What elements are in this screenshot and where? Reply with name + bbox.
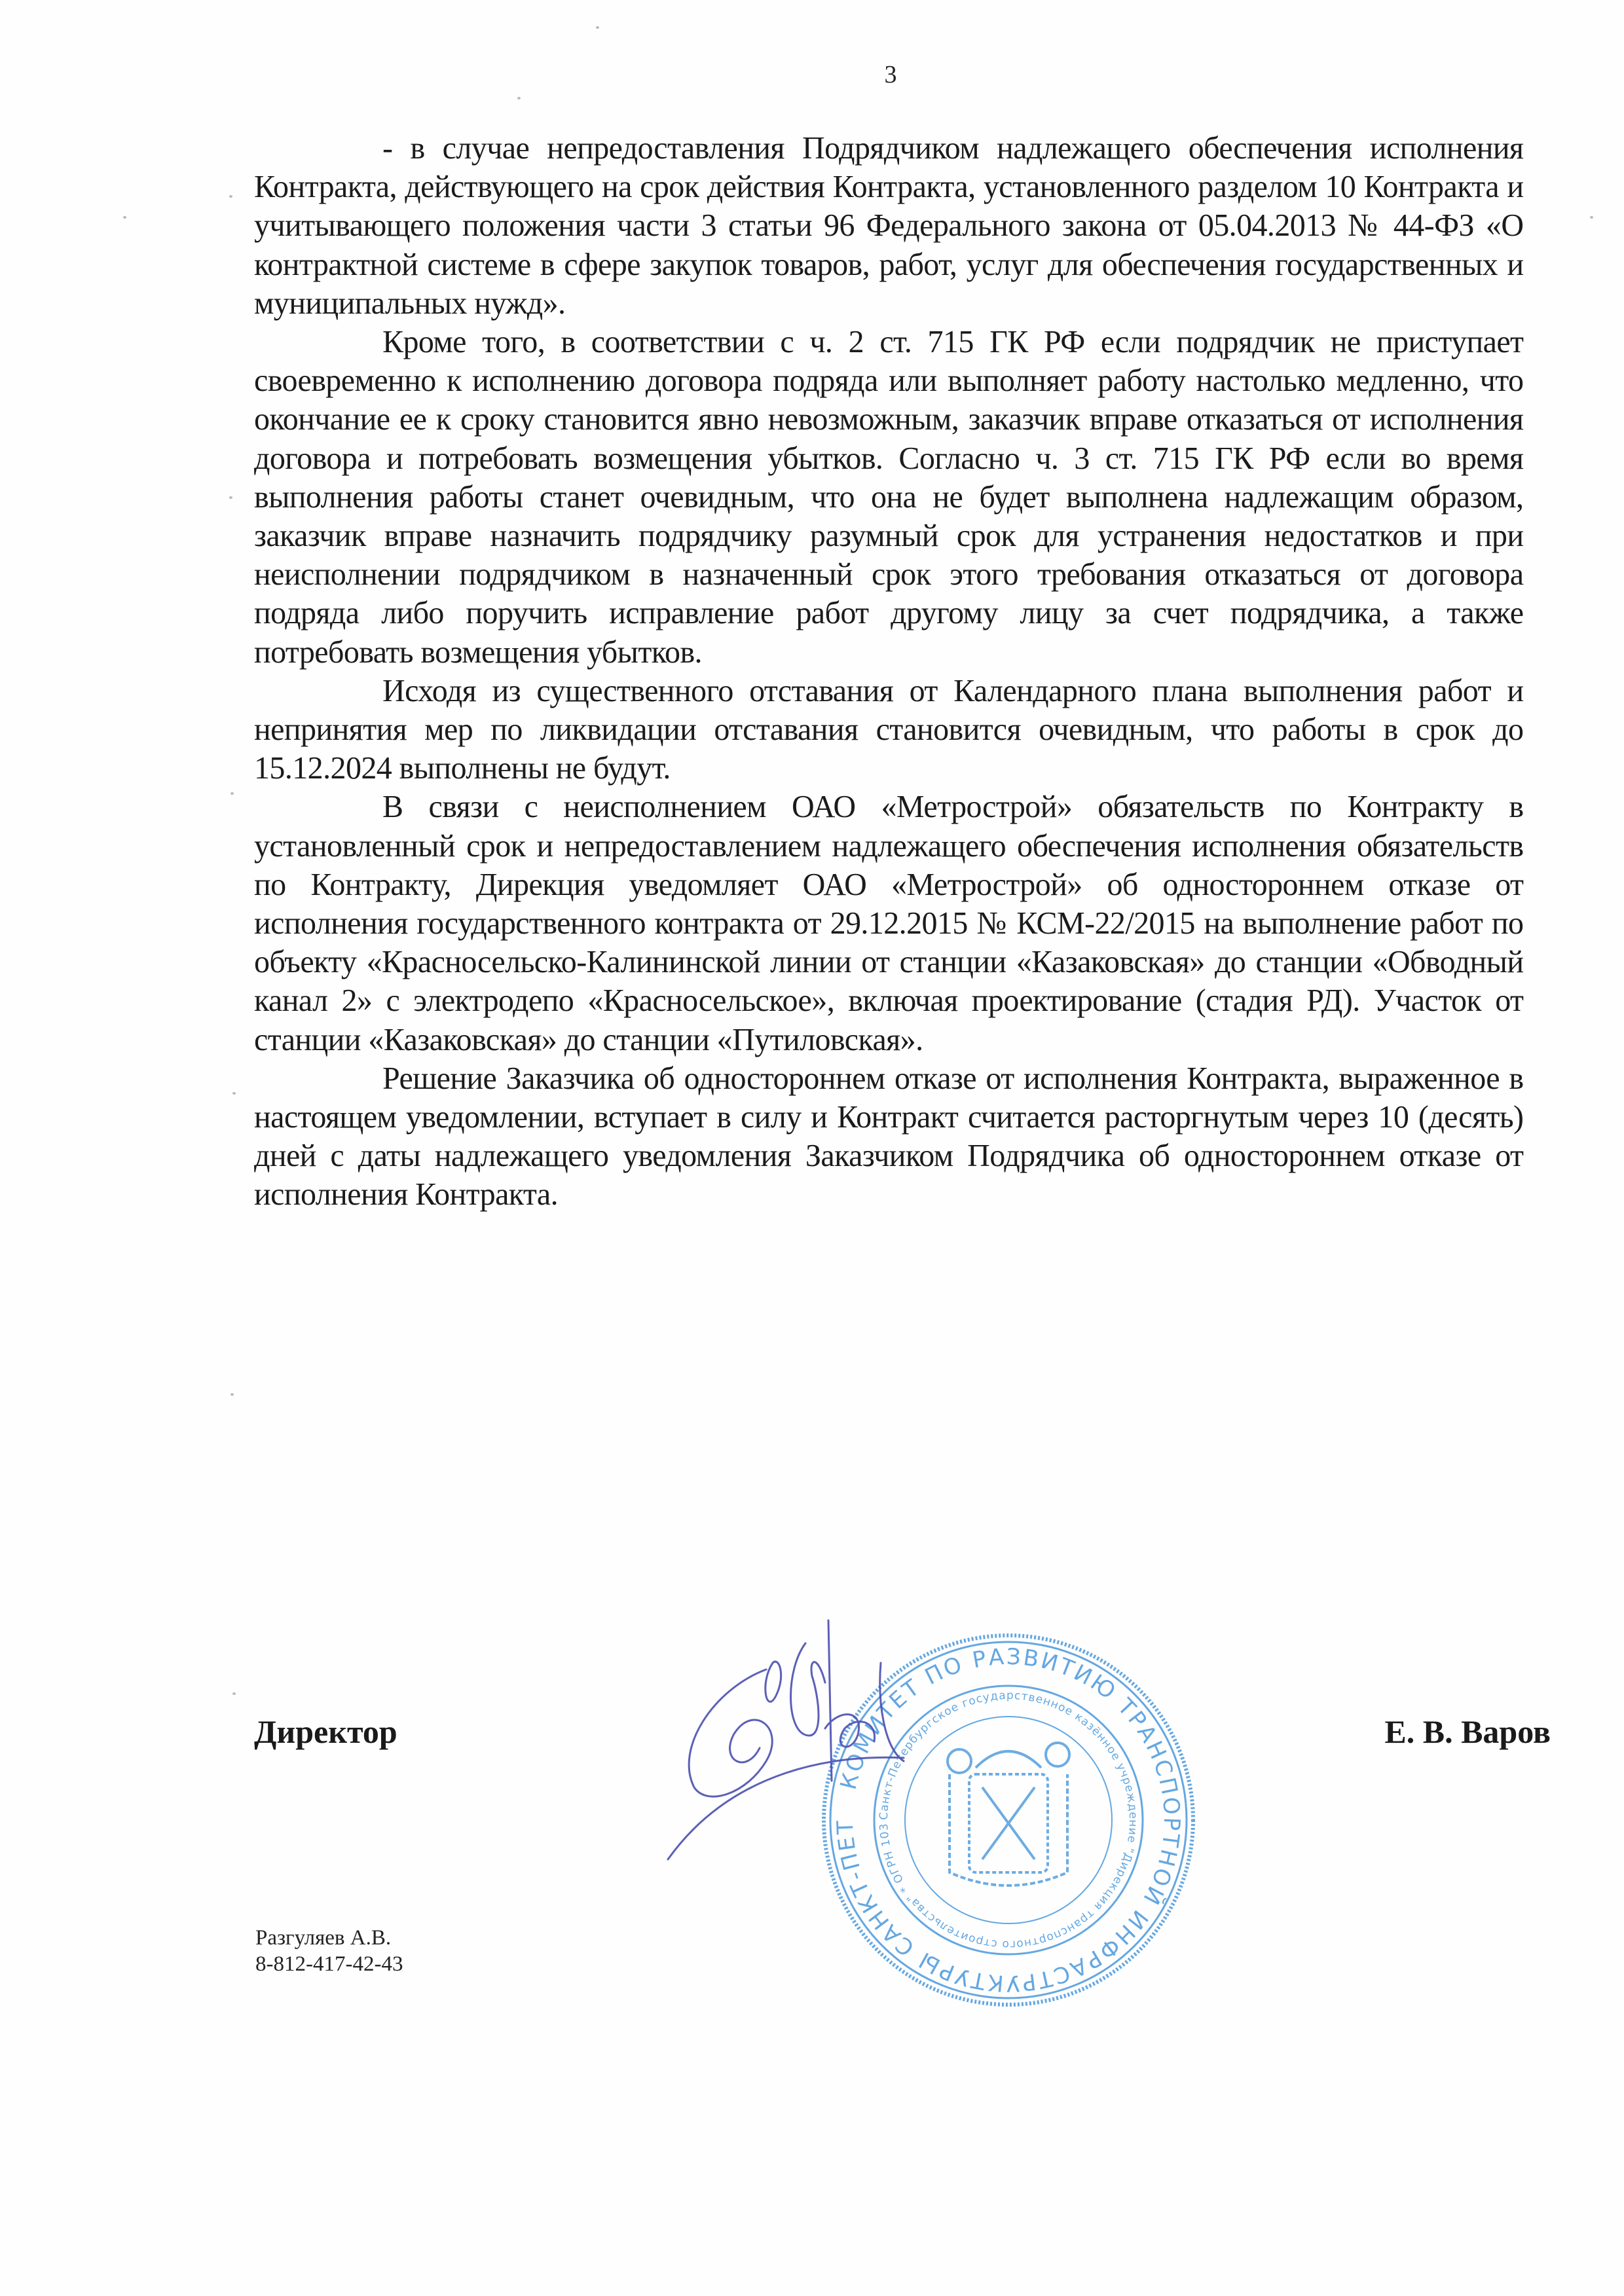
- executor-phone: 8-812-417-42-43: [255, 1951, 403, 1977]
- letter-body: - в случае непредоставления Подрядчиком …: [254, 128, 1523, 1214]
- executor-contact: Разгуляев А.В. 8-812-417-42-43: [255, 1925, 403, 1977]
- paragraph-civil-code: Кроме того, в соответствии с ч. 2 ст. 71…: [254, 322, 1523, 671]
- page-number: 3: [877, 60, 904, 89]
- scan-speck: [232, 1092, 236, 1095]
- executor-name: Разгуляев А.В.: [255, 1925, 403, 1951]
- scan-speck: [231, 1393, 234, 1396]
- document-page: 3 - в случае непредоставления Подрядчико…: [0, 0, 1624, 2296]
- paragraph-termination-notice: В связи с неисполнением ОАО «Метрострой»…: [254, 787, 1523, 1058]
- scan-speck: [231, 792, 234, 795]
- scan-speck: [229, 496, 232, 499]
- signatory-name: Е. В. Варов: [1384, 1713, 1551, 1751]
- scan-speck: [517, 97, 521, 100]
- scan-speck: [596, 26, 599, 29]
- scan-speck: [1590, 216, 1593, 219]
- paragraph-schedule-delay: Исходя из существенного отставания от Ка…: [254, 671, 1523, 788]
- signatory-title: Директор: [254, 1713, 397, 1751]
- scan-speck: [229, 195, 232, 198]
- scan-speck: [123, 216, 126, 219]
- handwritten-signature-icon: [655, 1617, 1061, 1879]
- scan-speck: [232, 1692, 236, 1695]
- paragraph-effective-date: Решение Заказчика об одностороннем отказ…: [254, 1059, 1523, 1214]
- paragraph-security-clause: - в случае непредоставления Подрядчиком …: [254, 128, 1523, 322]
